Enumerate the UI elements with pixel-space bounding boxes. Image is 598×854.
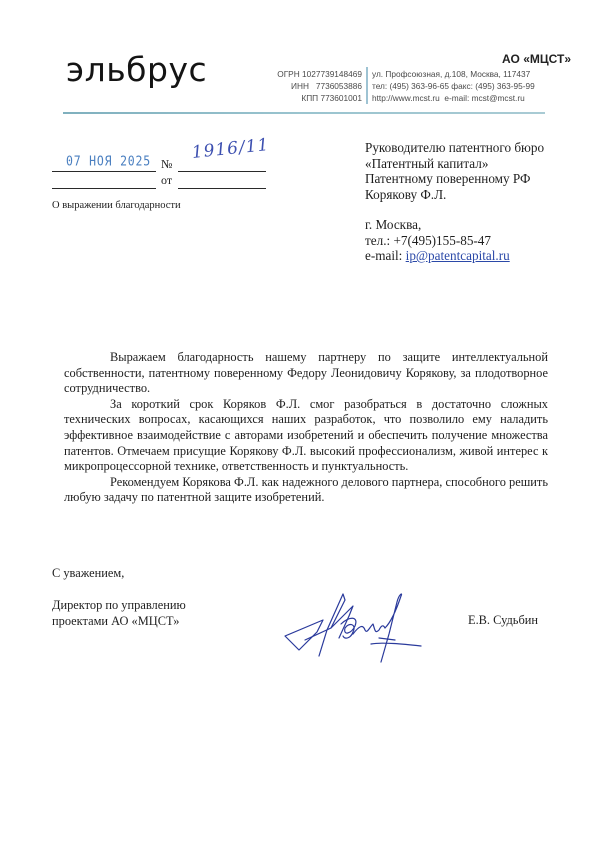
email-link[interactable]: ip@patentcapital.ru [406, 248, 510, 263]
addressee-line: Патентному поверенному РФ [365, 171, 544, 187]
from-label: от [161, 173, 172, 188]
signature-icon [283, 588, 423, 666]
number-label: № [161, 157, 172, 172]
company-logo: эльбрус [66, 50, 207, 90]
from-line [178, 188, 266, 189]
ogrn: ОГРН 1027739148469 [262, 68, 362, 80]
registration-number: 1916/11 [191, 135, 270, 163]
addressee-block: Руководителю патентного бюро «Патентный … [365, 140, 544, 264]
header-divider [63, 112, 545, 114]
signer-title: Директор по управлению проектами АО «МЦС… [52, 597, 186, 629]
date-stamp: 07 НОЯ 2025 [66, 153, 151, 169]
company-phone-fax: тел: (495) 363-96-65 факс: (495) 363-95-… [372, 80, 535, 92]
company-web-email: http://www.mcst.ru e-mail: mcst@mcst.ru [372, 92, 535, 104]
kpp: КПП 773601001 [262, 92, 362, 104]
inn: ИНН 7736053886 [262, 80, 362, 92]
letter-body: Выражаем благодарность нашему партнеру п… [64, 350, 548, 506]
addressee-line: Руководителю патентного бюро [365, 140, 544, 156]
addressee-phone: тел.: +7(495)155-85-47 [365, 233, 544, 249]
body-paragraph: Рекомендуем Корякова Ф.Л. как надежного … [64, 475, 548, 506]
company-name: АО «МЦСТ» [502, 52, 571, 66]
date-line-2 [52, 188, 156, 189]
signer-title-line: Директор по управлению [52, 597, 186, 613]
addressee-email-row: e-mail: ip@patentcapital.ru [365, 248, 544, 264]
company-contacts: ул. Профсоюзная, д.108, Москва, 117437 т… [372, 68, 535, 104]
body-paragraph: За короткий срок Коряков Ф.Л. смог разоб… [64, 397, 548, 475]
header-vertical-divider [366, 67, 368, 104]
email-label: e-mail: [365, 248, 406, 263]
company-registration-ids: ОГРН 1027739148469 ИНН 7736053886 КПП 77… [262, 68, 362, 104]
addressee-city: г. Москва, [365, 217, 544, 233]
date-line [52, 171, 156, 172]
letter-subject: О выражении благодарности [52, 200, 181, 211]
closing-salutation: С уважением, [52, 566, 124, 581]
company-address: ул. Профсоюзная, д.108, Москва, 117437 [372, 68, 535, 80]
signer-title-line: проектами АО «МЦСТ» [52, 613, 186, 629]
signer-name: Е.В. Судьбин [468, 613, 538, 628]
body-paragraph: Выражаем благодарность нашему партнеру п… [64, 350, 548, 397]
addressee-line: «Патентный капитал» [365, 156, 544, 172]
number-line [178, 171, 266, 172]
addressee-line: Корякову Ф.Л. [365, 187, 544, 203]
